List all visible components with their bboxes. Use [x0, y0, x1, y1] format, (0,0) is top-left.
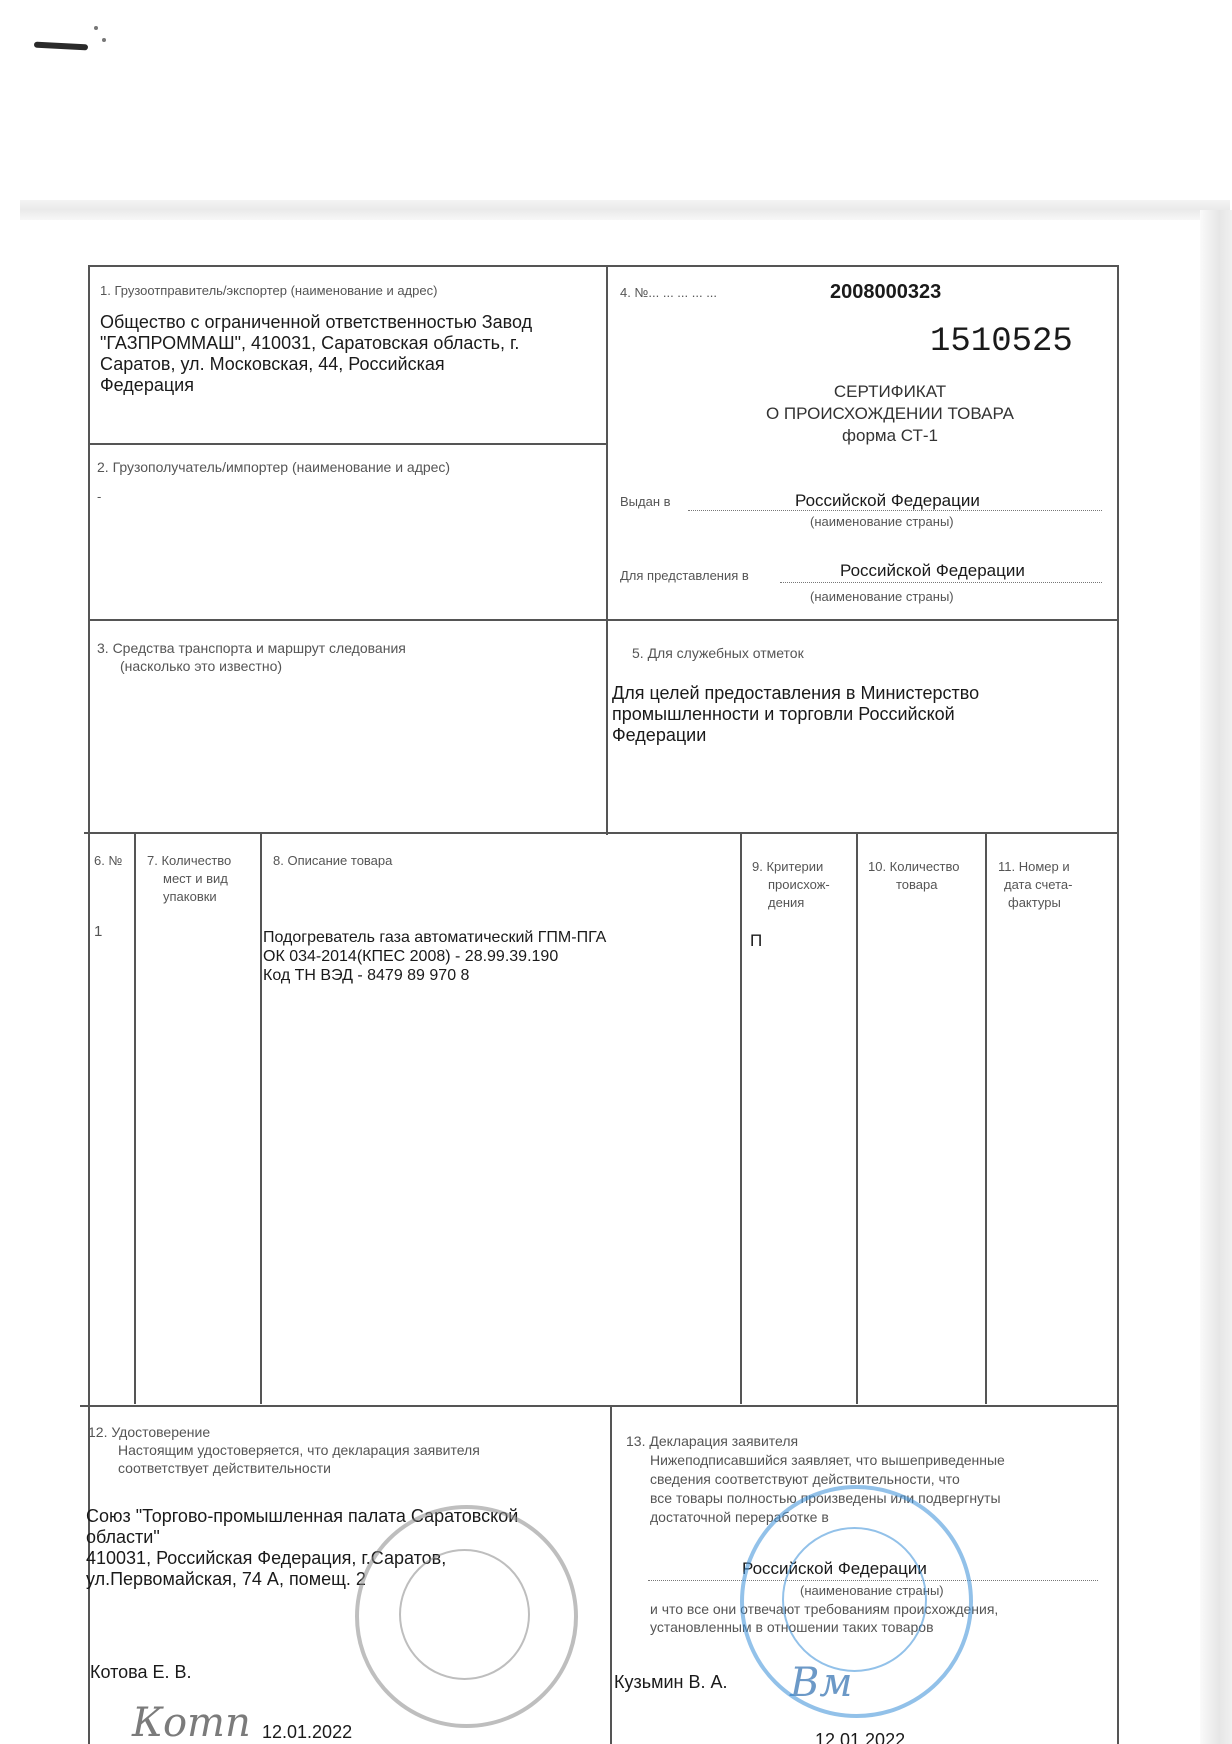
official-notes-line: Для целей предоставления в Министерство: [612, 683, 979, 704]
certificate-number: 2008000323: [830, 282, 941, 303]
certificate-serial: 1510525: [930, 323, 1073, 361]
col-number-header: 6. №: [94, 852, 122, 869]
row-description-line: Код ТН ВЭД - 8479 89 970 8: [263, 966, 469, 985]
transport-hint: (насколько это известно): [120, 658, 282, 675]
col-quantity-header: товара: [896, 876, 938, 893]
declarant-name: Кузьмин В. А.: [614, 1672, 728, 1693]
submission-value: Российской Федерации: [840, 560, 1025, 581]
official-notes-line: Федерации: [612, 725, 706, 746]
col-packages-header: 7. Количество: [147, 852, 231, 869]
col-invoice-header: дата счета-: [1004, 876, 1072, 893]
scan-mark: [34, 42, 88, 51]
issued-in-value: Российской Федерации: [795, 490, 980, 511]
consignee-value: -: [97, 488, 101, 505]
declaration-text: Нижеподписавшийся заявляет, что вышеприв…: [650, 1452, 1005, 1469]
certification-date: 12.01.2022: [262, 1722, 352, 1743]
official-notes-line: промышленности и торговли Российской: [612, 704, 955, 725]
col-invoice-header: фактуры: [1008, 894, 1061, 911]
chamber-line: ул.Первомайская, 74 А, помещ. 2: [86, 1569, 366, 1590]
document-subtitle: О ПРОИСХОЖДЕНИИ ТОВАРА: [720, 403, 1060, 424]
col-invoice-header: 11. Номер и: [998, 858, 1070, 875]
exporter-line: Саратов, ул. Московская, 44, Российская: [100, 354, 445, 375]
col-packages-header: мест и вид: [163, 870, 228, 887]
number-label: 4. №... ... ... ... ...: [620, 284, 717, 301]
scan-band: [20, 200, 1230, 220]
chamber-line: области": [86, 1527, 160, 1548]
page-edge-shadow: [1200, 210, 1232, 1744]
col-description-header: 8. Описание товара: [273, 852, 392, 869]
certifier-name: Котова Е. В.: [90, 1662, 192, 1683]
issued-in-label: Выдан в: [620, 493, 671, 510]
declaration-label: 13. Декларация заявителя: [626, 1433, 798, 1450]
submission-underline: [780, 582, 1102, 583]
col-quantity-header: 10. Количество: [868, 858, 960, 875]
certification-text: Настоящим удостоверяется, что декларация…: [118, 1442, 480, 1459]
company-seal: [740, 1485, 973, 1718]
exporter-line: Общество с ограниченной ответственностью…: [100, 312, 532, 333]
certification-text: соответствует действительности: [118, 1460, 331, 1477]
submission-label: Для представления в: [620, 567, 749, 584]
certification-label: 12. Удостоверение: [88, 1424, 210, 1441]
document-form: форма СТ-1: [740, 425, 1040, 446]
declaration-text: сведения соответствуют действительности,…: [650, 1471, 960, 1488]
col-criterion-header: 9. Критерии: [752, 858, 823, 875]
transport-label: 3. Средства транспорта и маршрут следова…: [97, 640, 406, 657]
row-criterion: П: [750, 930, 762, 951]
exporter-line: "ГАЗПРОММАШ", 410031, Саратовская област…: [100, 333, 519, 354]
official-notes-label: 5. Для служебных отметок: [632, 645, 804, 662]
chamber-seal: [355, 1505, 578, 1728]
row-description-line: Подогреватель газа автоматический ГПМ-ПГ…: [263, 928, 606, 947]
col-criterion-header: дения: [768, 894, 804, 911]
col-packages-header: упаковки: [163, 888, 217, 905]
exporter-label: 1. Грузоотправитель/экспортер (наименова…: [100, 282, 437, 299]
row-description-line: ОК 034-2014(КПЕС 2008) - 28.99.39.190: [263, 947, 558, 966]
submission-hint: (наименование страны): [810, 588, 954, 605]
exporter-line: Федерация: [100, 375, 194, 396]
certifier-signature: Котп: [132, 1700, 251, 1744]
consignee-label: 2. Грузополучатель/импортер (наименовани…: [97, 459, 450, 476]
document-title: СЕРТИФИКАТ: [740, 381, 1040, 402]
issued-in-hint: (наименование страны): [810, 513, 954, 530]
scan-dot: [102, 38, 106, 42]
col-criterion-header: происхож-: [768, 876, 830, 893]
row-number: 1: [94, 923, 102, 940]
scan-dot: [94, 26, 98, 30]
declaration-date: 12.01.2022: [815, 1730, 905, 1744]
